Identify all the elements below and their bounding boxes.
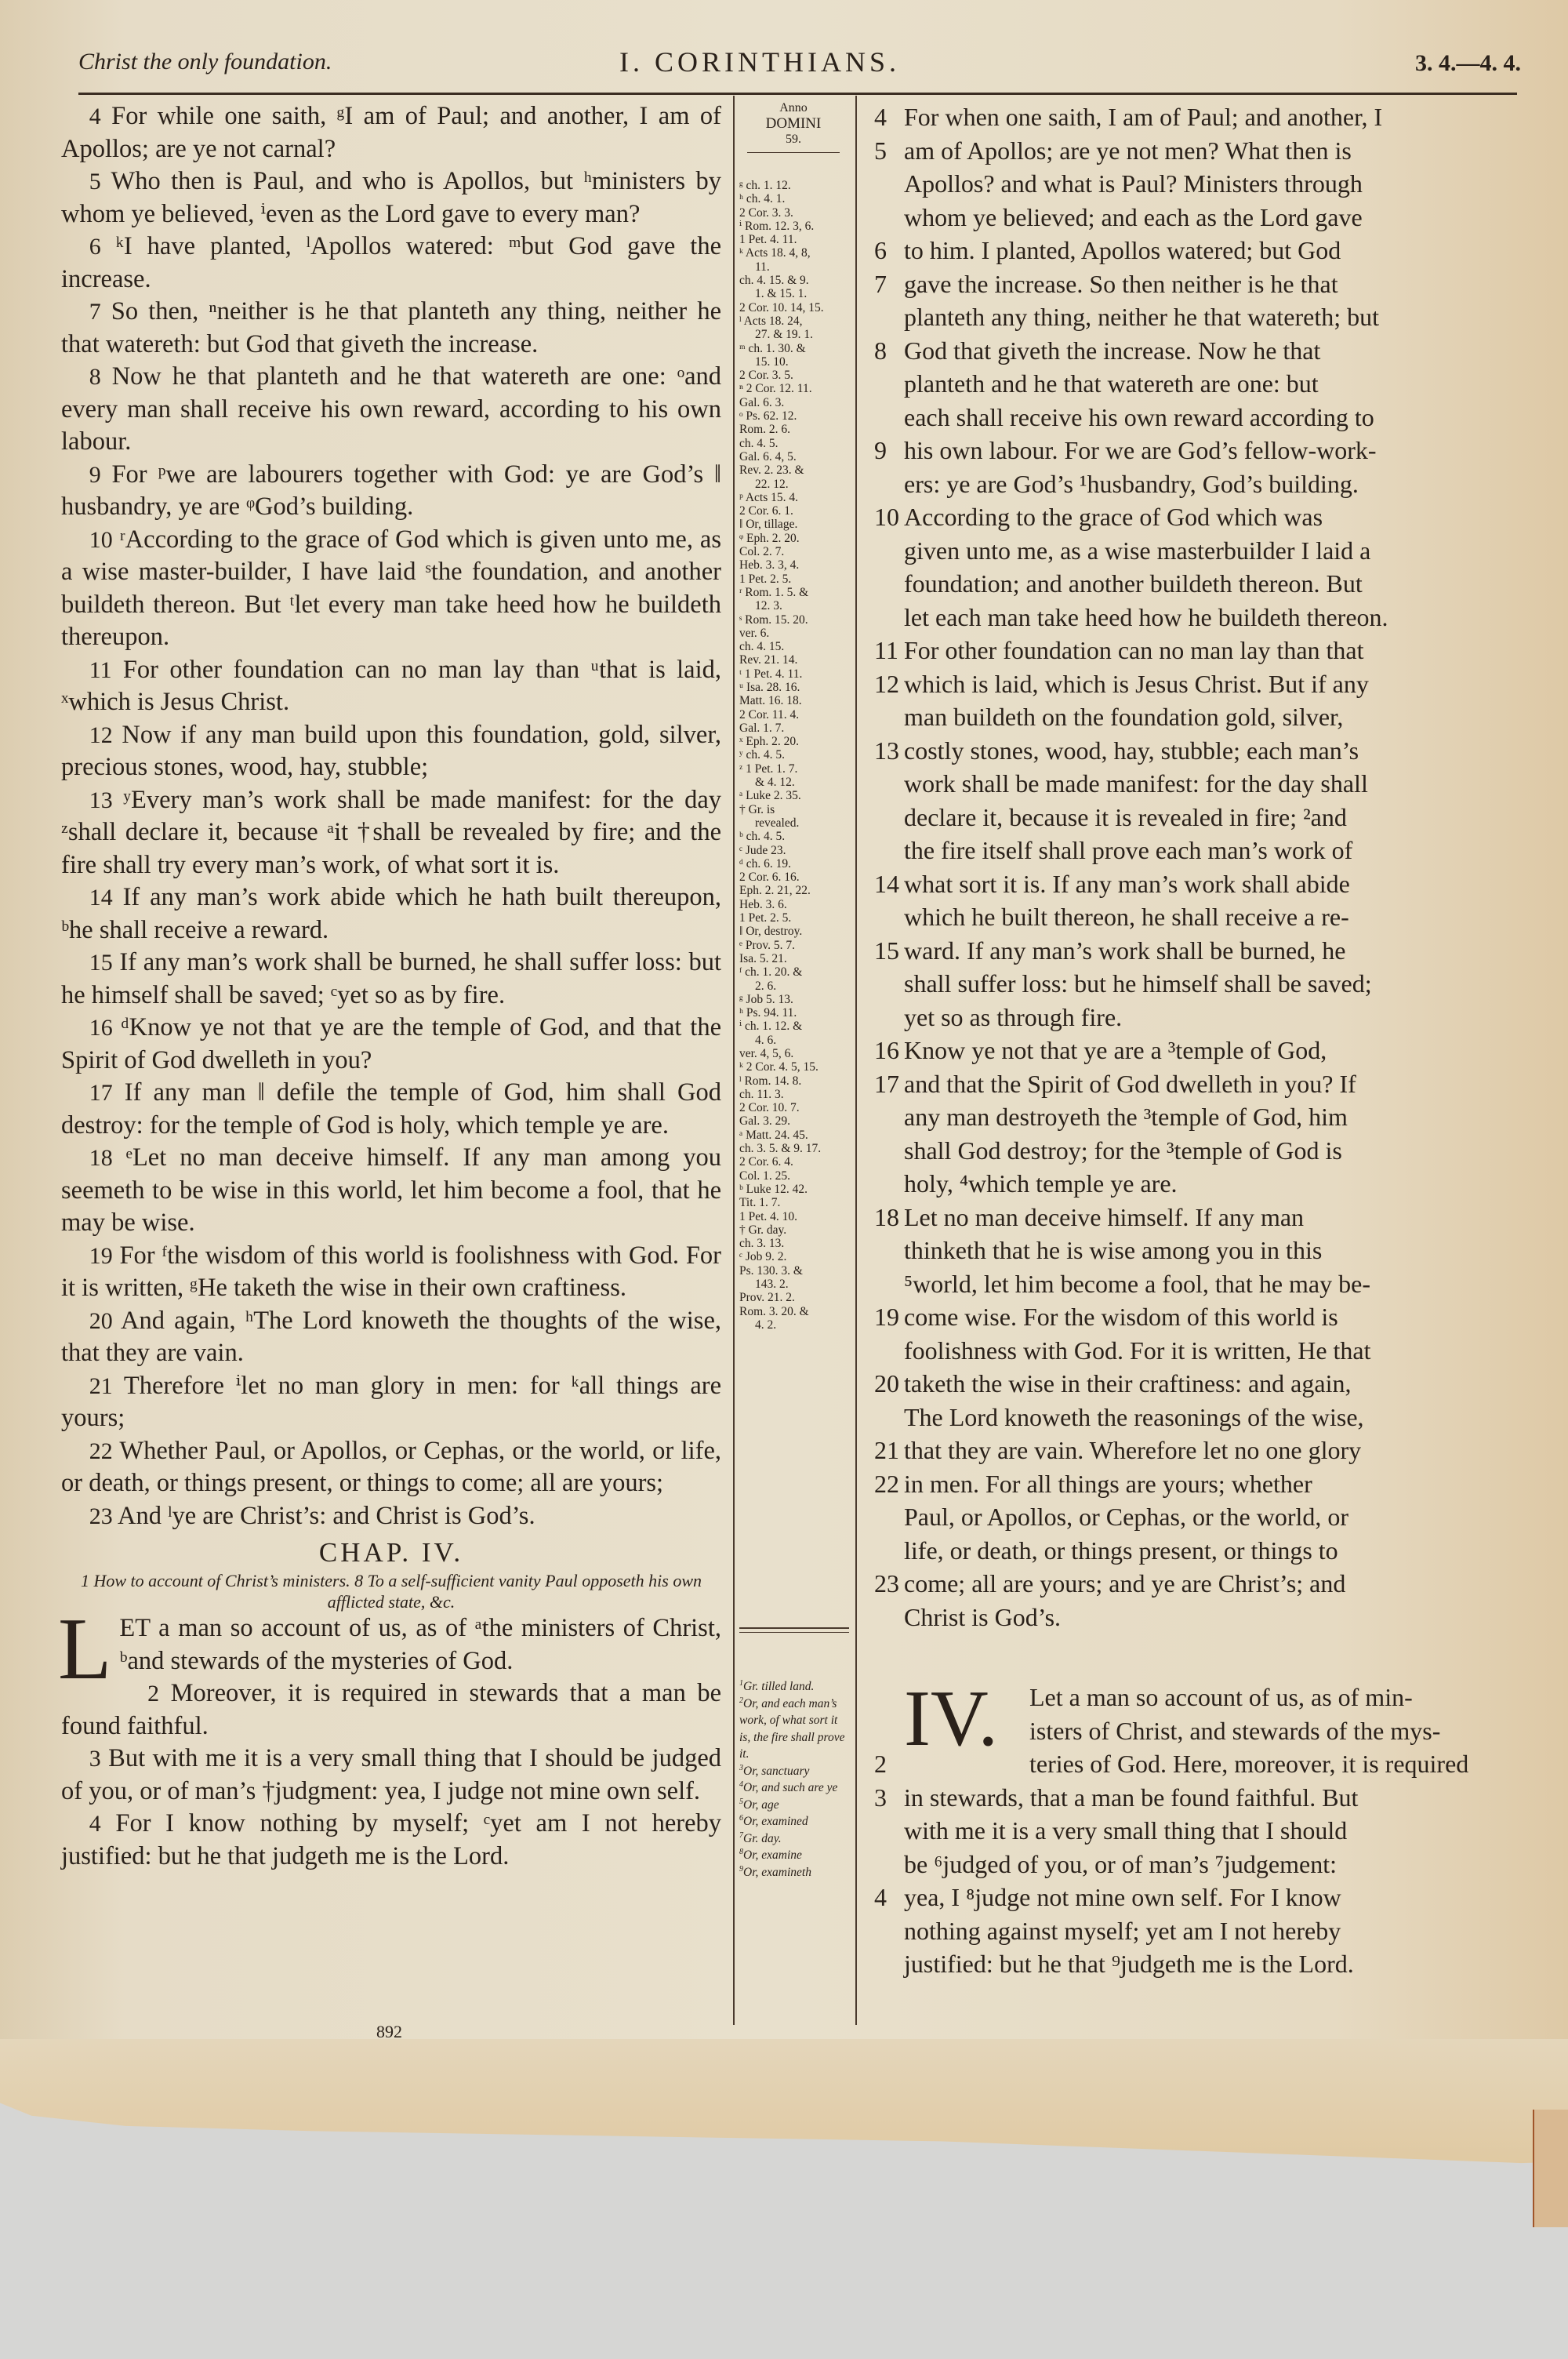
- cross-reference: ch. 3. 13.: [739, 1237, 851, 1250]
- text-line: 16 Know ye not that ye are a ³temple of …: [874, 1034, 1525, 1067]
- cross-reference: & 4. 12.: [739, 776, 851, 789]
- cross-reference: ᶻ 1 Pet. 1. 7.: [739, 762, 851, 776]
- cross-reference: † Gr. is: [739, 803, 851, 816]
- verse-text: Moreover, it is required in stewards tha…: [61, 1679, 721, 1740]
- rv-chapter-opening: IV. Let a man so account of us, as of mi…: [874, 1681, 1525, 1981]
- verse-number: 22: [89, 1438, 113, 1464]
- cross-reference: ᵃ Luke 2. 35.: [739, 789, 851, 802]
- verse-text: If any man’s work abide which he hath bu…: [61, 883, 721, 944]
- verse-number: 19: [874, 1300, 899, 1334]
- verse-number: 13: [89, 787, 113, 813]
- verse: 9 For ᵖwe are labourers together with Go…: [61, 459, 721, 524]
- text-line: 7gave the increase. So then neither is h…: [874, 267, 1525, 301]
- line-text: come wise. For the wisdom of this world …: [904, 1303, 1338, 1331]
- text-line: 11For other foundation can no man lay th…: [874, 634, 1525, 667]
- line-text: teries of God. Here, moreover, it is req…: [1029, 1750, 1468, 1778]
- verse: 14 If any man’s work abide which he hath…: [61, 881, 721, 947]
- verse-text: ᵏI have planted, ˡApollos watered: ᵐbut …: [61, 232, 721, 293]
- cross-reference: ch. 3. 5. & 9. 17.: [739, 1142, 851, 1155]
- book-title: I. CORINTHIANS.: [619, 45, 900, 78]
- verse-number: 6: [874, 234, 887, 267]
- cross-reference: Tit. 1. 7.: [739, 1196, 851, 1209]
- cross-reference: Rom. 3. 20. &: [739, 1305, 851, 1318]
- text-line: whom ye believed; and each as the Lord g…: [874, 201, 1525, 234]
- line-text: God that giveth the increase. Now he tha…: [904, 336, 1320, 365]
- margin-note: 6Or, examined: [739, 1813, 851, 1830]
- verse-text: So then, ⁿneither is he that planteth an…: [61, 297, 721, 358]
- text-line: foolishness with God. For it is written,…: [874, 1334, 1525, 1368]
- verse: 21 Therefore ⁱlet no man glory in men: f…: [61, 1370, 721, 1435]
- verse-text: But with me it is a very small thing tha…: [61, 1744, 721, 1805]
- cross-reference: ch. 4. 5.: [739, 437, 851, 450]
- verse-number: 20: [874, 1367, 899, 1401]
- cross-reference: ᵏ 2 Cor. 4. 5, 15.: [739, 1060, 851, 1074]
- line-text: ⁵world, let him become a fool, that he m…: [904, 1270, 1370, 1298]
- verse: 2 Moreover, it is required in stewards t…: [61, 1677, 721, 1743]
- verse-text: ᵈKnow ye not that ye are the temple of G…: [61, 1013, 721, 1074]
- verse-number: 9: [874, 434, 887, 467]
- line-text: For other foundation can no man lay than…: [904, 636, 1364, 664]
- cross-reference: 2 Cor. 6. 16.: [739, 871, 851, 884]
- text-line: Paul, or Apollos, or Cephas, or the worl…: [874, 1500, 1525, 1534]
- line-text: any man destroyeth the ³temple of God, h…: [904, 1103, 1348, 1131]
- running-title: Christ the only foundation.: [78, 49, 332, 75]
- cross-reference: ᶜ Jude 23.: [739, 844, 851, 857]
- text-line: 6to him. I planted, Apollos watered; but…: [874, 234, 1525, 267]
- verse-number: 6: [89, 234, 101, 260]
- verse-number: 4: [874, 1881, 887, 1914]
- text-line: ⁵world, let him become a fool, that he m…: [874, 1267, 1525, 1301]
- verse-number: 7: [874, 267, 887, 301]
- verse-number: 11: [874, 634, 898, 667]
- verse: 16 ᵈKnow ye not that ye are the temple o…: [61, 1012, 721, 1077]
- line-text: each shall receive his own reward accord…: [904, 403, 1374, 431]
- verse: 5 Who then is Paul, and who is Apollos, …: [61, 165, 721, 231]
- cross-reference: Col. 1. 25.: [739, 1169, 851, 1183]
- verse-number: 10: [89, 527, 113, 553]
- line-text: ers: ye are God’s ¹husbandry, God’s buil…: [904, 470, 1359, 498]
- cross-reference: ⁱ ch. 1. 12. &: [739, 1020, 851, 1033]
- verse-number: 14: [89, 885, 113, 911]
- cross-reference: ˡ Acts 18. 24,: [739, 314, 851, 328]
- cross-reference: ʰ ch. 4. 1.: [739, 192, 851, 205]
- verse-number: 17: [89, 1080, 113, 1106]
- cross-reference: ⁿ 2 Cor. 12. 11.: [739, 382, 851, 395]
- cross-reference: ᵗ 1 Pet. 4. 11.: [739, 667, 851, 681]
- line-text: ward. If any man’s work shall be burned,…: [904, 936, 1345, 965]
- year: 59.: [741, 132, 846, 147]
- line-text: life, or death, or things present, or th…: [904, 1536, 1338, 1565]
- verse-number: 18: [874, 1201, 899, 1234]
- margin-note: 4Or, and such are ye: [739, 1779, 851, 1797]
- cross-reference: Heb. 3. 6.: [739, 898, 851, 911]
- cross-reference: 1 Pet. 2. 5.: [739, 572, 851, 586]
- margin-note: 7Gr. day.: [739, 1830, 851, 1848]
- line-text: yea, I ⁸judge not mine own self. For I k…: [904, 1883, 1341, 1911]
- cross-reference: 1 Pet. 2. 5.: [739, 911, 851, 925]
- line-text: which is laid, which is Jesus Christ. Bu…: [904, 670, 1369, 698]
- text-line: 13costly stones, wood, hay, stubble; eac…: [874, 734, 1525, 768]
- verse-number: 4: [89, 1811, 101, 1837]
- text-line: ers: ye are God’s ¹husbandry, God’s buil…: [874, 467, 1525, 501]
- cross-reference: Gal. 6. 4, 5.: [739, 450, 851, 463]
- cross-reference: † Gr. day.: [739, 1223, 851, 1237]
- verse-number: 10: [874, 500, 899, 534]
- cross-reference: ⁱ Rom. 12. 3, 6.: [739, 220, 851, 233]
- verse: 17 If any man ‖ defile the temple of God…: [61, 1077, 721, 1142]
- verse: ET a man so account of us, as of ᵃthe mi…: [61, 1612, 721, 1677]
- verse-text: If any man’s work shall be burned, he sh…: [61, 948, 721, 1009]
- note-text: Or, examine: [743, 1848, 802, 1862]
- margin-divider: [739, 1627, 849, 1629]
- text-line: the fire itself shall prove each man’s w…: [874, 834, 1525, 867]
- line-text: According to the grace of God which was: [904, 503, 1323, 531]
- line-text: to him. I planted, Apollos watered; but …: [904, 236, 1341, 264]
- cross-references: ᵍ ch. 1. 12.ʰ ch. 4. 1.2 Cor. 3. 3.ⁱ Rom…: [739, 179, 851, 1332]
- cross-reference: Isa. 5. 21.: [739, 952, 851, 965]
- chapter-summary: 1 How to account of Christ’s ministers. …: [61, 1570, 721, 1612]
- text-line: Let a man so account of us, as of min-: [874, 1681, 1525, 1714]
- text-line: 14what sort it is. If any man’s work sha…: [874, 867, 1525, 901]
- margin-note: 3Or, sanctuary: [739, 1763, 851, 1780]
- text-line: declare it, because it is revealed in fi…: [874, 801, 1525, 834]
- margin-note: 8Or, examine: [739, 1847, 851, 1864]
- line-text: Paul, or Apollos, or Cephas, or the worl…: [904, 1503, 1348, 1531]
- cross-reference: Prov. 21. 2.: [739, 1291, 851, 1304]
- verse: 22 Whether Paul, or Apollos, or Cephas, …: [61, 1435, 721, 1500]
- line-text: what sort it is. If any man’s work shall…: [904, 870, 1350, 898]
- cross-reference: 2 Cor. 3. 5.: [739, 369, 851, 382]
- text-line: with me it is a very small thing that I …: [874, 1814, 1525, 1848]
- cross-reference: Gal. 6. 3.: [739, 396, 851, 409]
- line-text: Apollos? and what is Paul? Ministers thr…: [904, 169, 1363, 198]
- verse: 6 ᵏI have planted, ˡApollos watered: ᵐbu…: [61, 231, 721, 296]
- cross-reference: ᵖ Acts 15. 4.: [739, 491, 851, 504]
- verse-text: Whether Paul, or Apollos, or Cephas, or …: [61, 1437, 721, 1498]
- cross-reference: ᵃ Matt. 24. 45.: [739, 1129, 851, 1142]
- line-text: nothing against myself; yet am I not her…: [904, 1917, 1341, 1945]
- verse-number: 12: [89, 722, 113, 748]
- verse-number: 23: [874, 1567, 899, 1601]
- line-text: his own labour. For we are God’s fellow-…: [904, 436, 1377, 464]
- text-line: justified: but he that ⁹judgeth me is th…: [874, 1947, 1525, 1981]
- cross-reference: 4. 6.: [739, 1034, 851, 1047]
- text-line: 10 According to the grace of God which w…: [874, 500, 1525, 534]
- verse-number: 17: [874, 1067, 899, 1101]
- verse-text: And ˡye are Christ’s: and Christ is God’…: [118, 1502, 535, 1530]
- verse-text: ᵉLet no man deceive himself. If any man …: [61, 1143, 721, 1237]
- domini-label: DOMINI: [741, 116, 846, 132]
- verse-number: 14: [874, 867, 899, 901]
- line-text: come; all are yours; and ye are Christ’s…: [904, 1569, 1345, 1598]
- line-text: yet so as through fire.: [904, 1003, 1122, 1031]
- text-line: thinketh that he is wise among you in th…: [874, 1234, 1525, 1267]
- verse: 8 Now he that planteth and he that water…: [61, 361, 721, 459]
- verse-text: If any man ‖ defile the temple of God, h…: [61, 1078, 721, 1140]
- verse-number: 19: [89, 1243, 113, 1269]
- cross-reference: 1 Pet. 4. 11.: [739, 233, 851, 246]
- verse: 13 ʸEvery man’s work shall be made manif…: [61, 784, 721, 882]
- verse-number: 21: [89, 1373, 113, 1399]
- verse-number: 21: [874, 1434, 899, 1467]
- cross-reference: ‖ Or, tillage.: [739, 518, 851, 531]
- verse-number: 13: [874, 734, 899, 768]
- note-text: Or, examineth: [743, 1866, 811, 1879]
- line-text: planteth any thing, neither he that wate…: [904, 303, 1379, 331]
- line-text: work shall be made manifest: for the day…: [904, 769, 1368, 798]
- text-line: planteth and he that watereth are one: b…: [874, 367, 1525, 401]
- verse: 7 So then, ⁿneither is he that planteth …: [61, 296, 721, 361]
- cross-reference: Ps. 130. 3. &: [739, 1264, 851, 1278]
- text-line: planteth any thing, neither he that wate…: [874, 300, 1525, 334]
- verse-text: ET a man so account of us, as of ᵃthe mi…: [119, 1614, 721, 1675]
- verse-number: 11: [89, 657, 112, 683]
- cross-reference: 2. 6.: [739, 980, 851, 993]
- line-text: and that the Spirit of God dwelleth in y…: [904, 1070, 1356, 1098]
- cross-reference: ᵍ Job 5. 13.: [739, 993, 851, 1006]
- line-text: Let a man so account of us, as of min-: [1029, 1683, 1413, 1711]
- line-text: Christ is God’s.: [904, 1603, 1061, 1631]
- cross-reference: 27. & 19. 1.: [739, 328, 851, 341]
- cross-reference: ᵏ Acts 18. 4, 8,: [739, 246, 851, 260]
- cross-reference: ˡ Rom. 14. 8.: [739, 1074, 851, 1088]
- right-column-rv: 4For when one saith, I am of Paul; and a…: [874, 100, 1525, 1981]
- line-text: thinketh that he is wise among you in th…: [904, 1236, 1322, 1264]
- verse-text: Therefore ⁱlet no man glory in men: for …: [61, 1372, 721, 1433]
- revised-version-notes: 1Gr. tilled land.2Or, and each man’s wor…: [739, 1678, 851, 1881]
- chapter-heading: CHAP. IV.: [61, 1536, 721, 1570]
- cross-reference: ch. 11. 3.: [739, 1088, 851, 1101]
- verse-number: 16: [874, 1034, 899, 1067]
- line-text: in men. For all things are yours; whethe…: [904, 1470, 1312, 1498]
- cross-reference: ˣ Eph. 2. 20.: [739, 735, 851, 748]
- line-text: be ⁶judged of you, or of man’s ⁷judgemen…: [904, 1850, 1337, 1878]
- cross-reference: 2 Cor. 10. 7.: [739, 1101, 851, 1114]
- text-line: nothing against myself; yet am I not her…: [874, 1914, 1525, 1948]
- cross-reference: ˢ Rom. 15. 20.: [739, 613, 851, 627]
- line-text: man buildeth on the foundation gold, sil…: [904, 703, 1343, 731]
- verse-number: 15: [89, 950, 113, 976]
- cross-reference: Heb. 3. 3, 4.: [739, 558, 851, 572]
- cross-reference: 143. 2.: [739, 1278, 851, 1291]
- text-line: Christ is God’s.: [874, 1601, 1525, 1634]
- line-text: foundation; and another buildeth thereon…: [904, 569, 1363, 598]
- line-text: foolishness with God. For it is written,…: [904, 1336, 1371, 1365]
- verse-text: And again, ʰThe Lord knoweth the thought…: [61, 1307, 721, 1368]
- line-text: The Lord knoweth the reasonings of the w…: [904, 1403, 1364, 1431]
- verse: 15 If any man’s work shall be burned, he…: [61, 947, 721, 1012]
- line-text: justified: but he that ⁹judgeth me is th…: [904, 1950, 1354, 1978]
- text-line: yet so as through fire.: [874, 1001, 1525, 1034]
- line-text: For when one saith, I am of Paul; and an…: [904, 103, 1382, 131]
- verse-number: 8: [89, 364, 101, 390]
- cross-reference: Col. 2. 7.: [739, 545, 851, 558]
- cross-reference: ʸ ch. 4. 5.: [739, 748, 851, 761]
- text-line: shall suffer loss: but he himself shall …: [874, 967, 1525, 1001]
- cross-reference: ᵇ ch. 4. 5.: [739, 830, 851, 843]
- verse-number: 3: [874, 1781, 887, 1815]
- text-line: foundation; and another buildeth thereon…: [874, 567, 1525, 601]
- verse-number: 8: [874, 334, 887, 368]
- verse: 4 For while one saith, ᵍI am of Paul; an…: [61, 100, 721, 165]
- cross-reference: 1. & 15. 1.: [739, 287, 851, 300]
- verse-number: 23: [89, 1503, 113, 1529]
- line-text: that they are vain. Wherefore let no one…: [904, 1436, 1361, 1464]
- text-line: 9his own labour. For we are God’s fellow…: [874, 434, 1525, 467]
- verse-text: For ᶠthe wisdom of this world is foolish…: [61, 1241, 721, 1303]
- verse-number: 18: [89, 1145, 113, 1171]
- verse: 3 But with me it is a very small thing t…: [61, 1743, 721, 1808]
- text-line: 4For when one saith, I am of Paul; and a…: [874, 100, 1525, 134]
- verse-number: 15: [874, 934, 899, 968]
- note-text: Or, age: [743, 1798, 779, 1812]
- text-line: 20taketh the wise in their craftiness: a…: [874, 1367, 1525, 1401]
- verse-number: 5: [874, 134, 887, 168]
- cross-reference: 15. 10.: [739, 355, 851, 369]
- cross-reference: ch. 4. 15. & 9.: [739, 274, 851, 287]
- text-line: 2teries of God. Here, moreover, it is re…: [874, 1747, 1525, 1781]
- line-text: planteth and he that watereth are one: b…: [904, 369, 1319, 398]
- line-text: whom ye believed; and each as the Lord g…: [904, 203, 1363, 231]
- margin-divider-thin: [739, 1632, 849, 1633]
- cross-reference: ch. 4. 15.: [739, 640, 851, 653]
- line-text: am of Apollos; are ye not men? What then…: [904, 136, 1352, 165]
- cross-reference: ᶜ Job 9. 2.: [739, 1250, 851, 1263]
- cross-reference: 2 Cor. 3. 3.: [739, 206, 851, 220]
- line-text: gave the increase. So then neither is he…: [904, 270, 1338, 298]
- cross-reference: Gal. 3. 29.: [739, 1114, 851, 1128]
- left-column-kjv: 4 For while one saith, ᵍI am of Paul; an…: [61, 100, 721, 1873]
- text-line: 23come; all are yours; and ye are Christ…: [874, 1567, 1525, 1601]
- cross-reference: ᵍ ch. 1. 12.: [739, 179, 851, 192]
- line-text: taketh the wise in their craftiness: and…: [904, 1369, 1351, 1398]
- verse-text: For ᵖwe are labourers together with God:…: [61, 460, 721, 522]
- running-header: Christ the only foundation. I. CORINTHIA…: [78, 45, 1521, 93]
- text-line: man buildeth on the foundation gold, sil…: [874, 700, 1525, 734]
- cross-reference: ‖ Or, destroy.: [739, 925, 851, 938]
- line-text: Let no man deceive himself. If any man: [904, 1203, 1304, 1231]
- verse-number: 9: [89, 462, 101, 488]
- line-text: holy, ⁴which temple ye are.: [904, 1169, 1178, 1198]
- verse-number: 5: [89, 169, 101, 194]
- text-line: shall God destroy; for the ³temple of Go…: [874, 1134, 1525, 1168]
- verse-number: 2: [874, 1747, 887, 1781]
- note-text: Or, examined: [743, 1815, 808, 1828]
- line-text: Know ye not that ye are a ³temple of God…: [904, 1036, 1327, 1064]
- line-text: the fire itself shall prove each man’s w…: [904, 836, 1352, 864]
- cross-reference: ᵐ ch. 1. 30. &: [739, 342, 851, 355]
- cross-reference: ᵈ ch. 6. 19.: [739, 857, 851, 871]
- verse: 4 For I know nothing by myself; ᶜyet am …: [61, 1808, 721, 1873]
- verse-text: Who then is Paul, and who is Apollos, bu…: [61, 167, 721, 228]
- text-line: which he built thereon, he shall receive…: [874, 900, 1525, 934]
- cross-reference: Rom. 2. 6.: [739, 423, 851, 436]
- verse-number: 16: [89, 1015, 113, 1041]
- margin-note: 1Gr. tilled land.: [739, 1678, 851, 1696]
- cross-reference: Rev. 21. 14.: [739, 653, 851, 667]
- text-line: work shall be made manifest: for the day…: [874, 767, 1525, 801]
- line-text: shall suffer loss: but he himself shall …: [904, 969, 1372, 998]
- line-text: in stewards, that a man be found faithfu…: [904, 1783, 1358, 1812]
- verse-text: For while one saith, ᵍI am of Paul; and …: [61, 102, 721, 163]
- text-line: 3in stewards, that a man be found faithf…: [874, 1781, 1525, 1815]
- cross-reference: 2 Cor. 6. 4.: [739, 1155, 851, 1169]
- text-line: 22in men. For all things are yours; whet…: [874, 1467, 1525, 1501]
- text-line: 15ward. If any man’s work shall be burne…: [874, 934, 1525, 968]
- verse: 18 ᵉLet no man deceive himself. If any m…: [61, 1142, 721, 1240]
- text-line: let each man take heed how he buildeth t…: [874, 601, 1525, 634]
- chapter-range: 3. 4.—4. 4.: [1415, 50, 1521, 77]
- margin-note: 9Or, examineth: [739, 1864, 851, 1881]
- cross-reference: 1 Pet. 4. 10.: [739, 1210, 851, 1223]
- anno-rule: [747, 152, 840, 153]
- text-line: 12which is laid, which is Jesus Christ. …: [874, 667, 1525, 701]
- verse-text: ʳAccording to the grace of God which is …: [61, 525, 721, 652]
- line-text: declare it, because it is revealed in fi…: [904, 803, 1347, 831]
- text-line: 8God that giveth the increase. Now he th…: [874, 334, 1525, 368]
- text-line: 18 Let no man deceive himself. If any ma…: [874, 1201, 1525, 1234]
- text-line: Apollos? and what is Paul? Ministers thr…: [874, 167, 1525, 201]
- note-text: Or, and such are ye: [743, 1781, 837, 1794]
- line-text: isters of Christ, and stewards of the my…: [1029, 1717, 1440, 1745]
- margin-note: 2Or, and each man’s work, of what sort i…: [739, 1696, 851, 1763]
- chapter-opening: L ET a man so account of us, as of ᵃthe …: [61, 1612, 721, 1873]
- text-line: 4yea, I ⁸judge not mine own self. For I …: [874, 1881, 1525, 1914]
- verse: 19 For ᶠthe wisdom of this world is fool…: [61, 1240, 721, 1305]
- text-line: The Lord knoweth the reasonings of the w…: [874, 1401, 1525, 1434]
- verse-number: 3: [89, 1746, 101, 1772]
- cross-reference: 11.: [739, 260, 851, 274]
- text-line: 17and that the Spirit of God dwelleth in…: [874, 1067, 1525, 1101]
- verse: 20 And again, ʰThe Lord knoweth the thou…: [61, 1305, 721, 1370]
- note-text: Gr. day.: [743, 1832, 782, 1845]
- cross-reference: Gal. 1. 7.: [739, 722, 851, 735]
- verse-number: 4: [89, 104, 101, 129]
- cross-reference: 2 Cor. 10. 14, 15.: [739, 301, 851, 314]
- cross-reference: ᵇ Luke 12. 42.: [739, 1183, 851, 1196]
- verse-number: 12: [874, 667, 899, 701]
- verse: 11 For other foundation can no man lay t…: [61, 654, 721, 719]
- header-rule: [78, 93, 1517, 95]
- verse-text: Now if any man build upon this foundatio…: [61, 721, 721, 782]
- anno-domini: Anno DOMINI 59.: [741, 100, 846, 153]
- verse-number: 2: [147, 1681, 159, 1707]
- cross-reference: ver. 4, 5, 6.: [739, 1047, 851, 1060]
- verse: 12 Now if any man build upon this founda…: [61, 719, 721, 784]
- cross-reference: ʰ Ps. 94. 11.: [739, 1006, 851, 1020]
- page-bottom-edge: [0, 2039, 1568, 2167]
- cross-reference: ᵉ Prov. 5. 7.: [739, 939, 851, 952]
- cross-reference: ᵘ Isa. 28. 16.: [739, 681, 851, 694]
- text-line: be ⁶judged of you, or of man’s ⁷judgemen…: [874, 1848, 1525, 1881]
- line-text: let each man take heed how he buildeth t…: [904, 603, 1388, 631]
- verse-number: 20: [89, 1308, 113, 1334]
- verse-text: ʸEvery man’s work shall be made manifest…: [61, 786, 721, 879]
- text-line: any man destroyeth the ³temple of God, h…: [874, 1100, 1525, 1134]
- line-text: which he built thereon, he shall receive…: [904, 903, 1349, 931]
- text-line: given unto me, as a wise masterbuilder I…: [874, 534, 1525, 568]
- cross-reference: 12. 3.: [739, 599, 851, 612]
- anno-label: Anno: [741, 100, 846, 116]
- torn-page-corner: [1533, 2110, 1568, 2227]
- page-number: 892: [376, 2022, 402, 2042]
- cross-reference: Eph. 2. 21, 22.: [739, 884, 851, 897]
- cross-reference: Rev. 2. 23. &: [739, 463, 851, 477]
- line-text: costly stones, wood, hay, stubble; each …: [904, 736, 1359, 765]
- verse-number: 4: [874, 100, 887, 134]
- verse: 23 And ˡye are Christ’s: and Christ is G…: [61, 1500, 721, 1533]
- text-line: each shall receive his own reward accord…: [874, 401, 1525, 434]
